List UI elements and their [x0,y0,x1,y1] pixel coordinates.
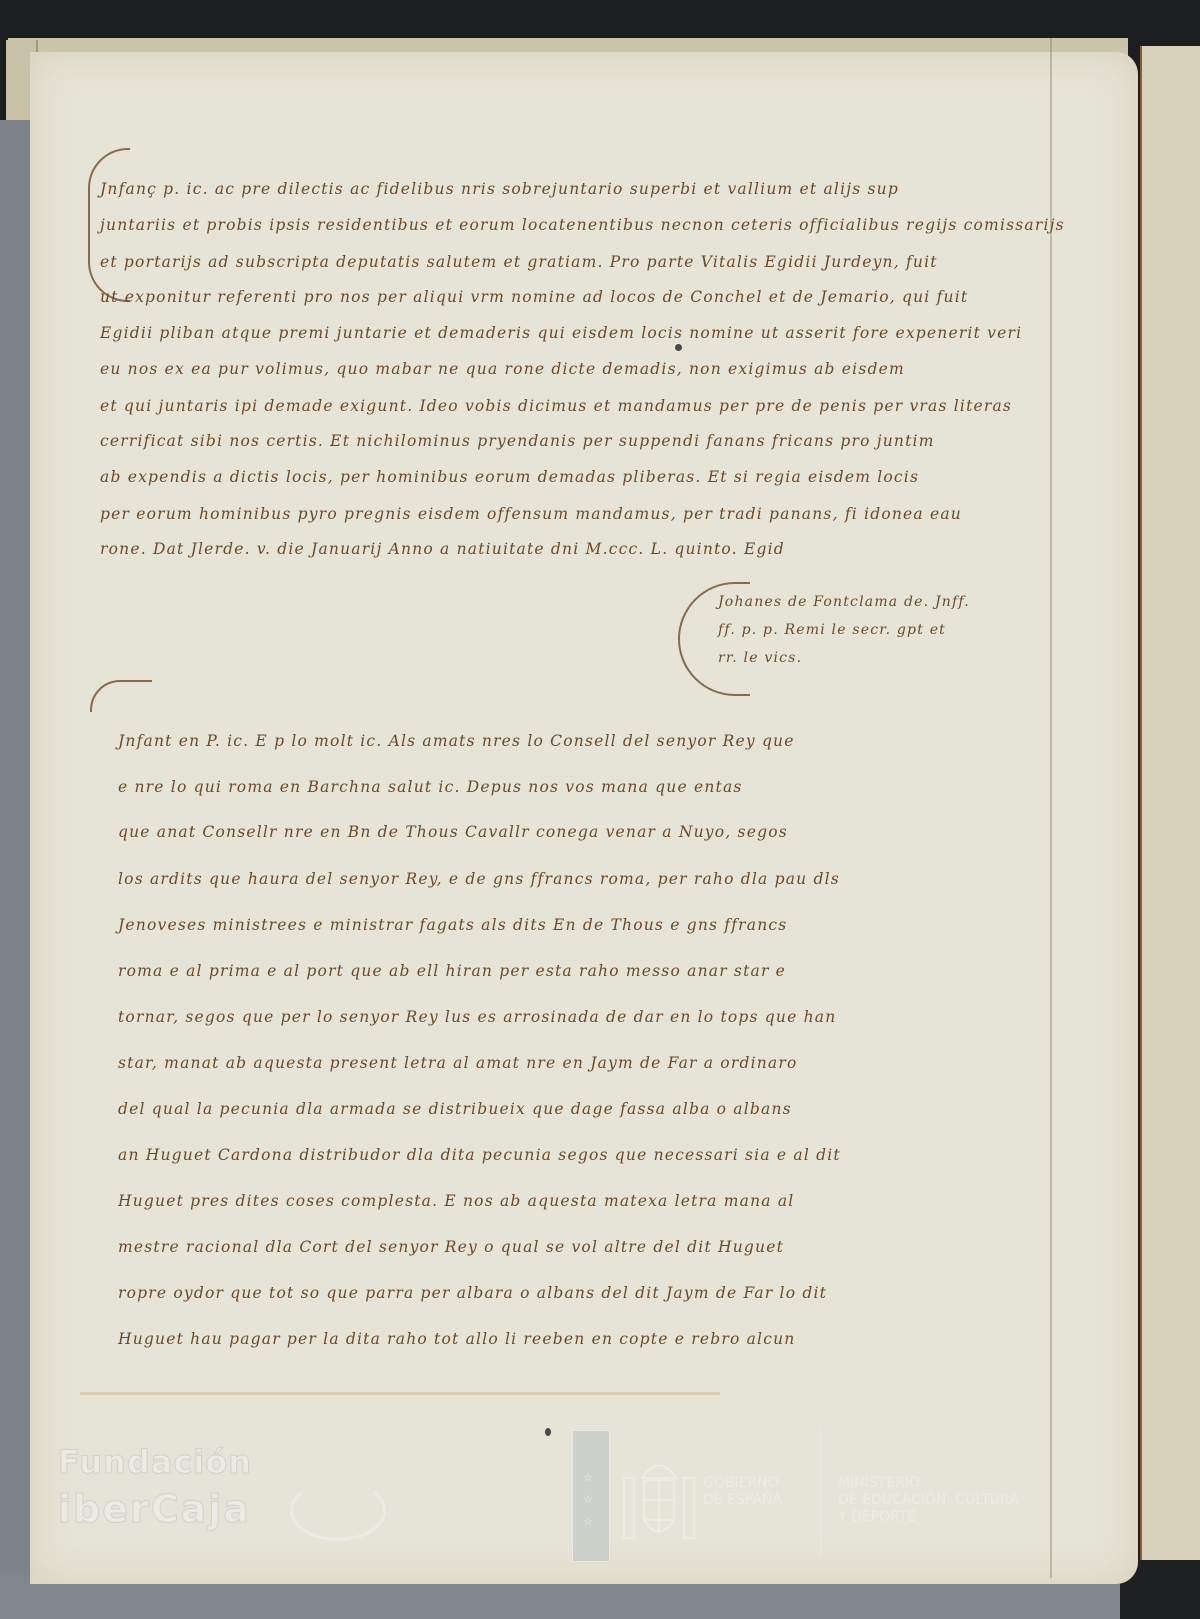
spain-coat-of-arms-icon [620,1448,698,1548]
section-2-line: los ardits que haura del senyor Rey, e d… [118,870,840,888]
section-2-line: an Huguet Cardona distribudor dla dita p… [118,1146,841,1164]
section-1-line: ut exponitur referenti pro nos per aliqu… [100,288,968,306]
fundacion-ibercaja-logo-line2: iberCaja [58,1487,251,1531]
section-2-line: star, manat ab aquesta present letra al … [118,1054,798,1072]
fundacion-ibercaja-logo-line1: Fundación [58,1443,252,1481]
water-stain [80,1392,720,1395]
section-2-line: e nre lo qui roma en Barchna salut ic. D… [118,778,743,796]
logo-divider [820,1428,821,1558]
section-2-line: mestre racional dla Cort del senyor Rey … [118,1238,784,1256]
ink-spot [545,1428,551,1436]
section-2-line: ropre oydor que tot so que parra per alb… [118,1284,827,1302]
section-1-line: et portarijs ad subscripta deputatis sal… [100,253,938,271]
gobierno-line1: GOBIERNO [703,1475,782,1492]
gobierno-line2: DE ESPAÑA [703,1492,782,1509]
eu-flag-icon: ☆ ☆ ☆ [572,1430,610,1562]
section-1-line: rone. Dat Jlerde. v. die Januarij Anno a… [100,540,785,558]
signature-line: Johanes de Fontclama de. Jnff. [718,594,970,610]
opening-flourish-2 [90,680,152,712]
section-1-line: ab expendis a dictis locis, per hominibu… [100,468,919,486]
section-2-line: Jnfant en P. ic. E p lo molt ic. Als ama… [118,732,795,750]
section-2-line: que anat Consellr nre en Bn de Thous Cav… [118,823,788,841]
page-fold-crease [1050,38,1052,1578]
star-icon: ☆ [583,1515,593,1528]
ministerio-line1: MINISTERIO [838,1475,1019,1492]
section-1-line: Jnfanç p. ic. ac pre dilectis ac fidelib… [100,180,899,198]
adjacent-page [1140,46,1200,1566]
star-icon: ☆ [583,1471,593,1484]
section-2-line: roma e al prima e al port que ab ell hir… [118,962,786,980]
ink-spot [675,344,682,351]
ministerio-line2: DE EDUCACIÓN, CULTURA [838,1492,1019,1509]
section-1-line: per eorum hominibus pyro pregnis eisdem … [100,505,962,523]
signature-line: rr. le vics. [718,650,802,666]
section-1-line: et qui juntaris ipi demade exigunt. Ideo… [100,397,1012,415]
section-2-line: Huguet pres dites coses complesta. E nos… [118,1192,794,1210]
ministerio-line3: Y DEPORTE [838,1509,1019,1526]
section-1-line: Egidii pliban atque premi juntarie et de… [100,324,1022,342]
gobierno-de-espana-label: GOBIERNO DE ESPAÑA [703,1475,782,1509]
section-2-line: Huguet hau pagar per la dita raho tot al… [118,1330,795,1348]
manuscript-page: Jnfanç p. ic. ac pre dilectis ac fidelib… [30,52,1138,1584]
ministerio-label: MINISTERIO DE EDUCACIÓN, CULTURA Y DEPOR… [838,1475,1019,1526]
section-1-line: eu nos ex ea pur volimus, quo mabar ne q… [100,360,905,378]
section-1-line: cerrificat sibi nos certis. Et nichilomi… [100,432,935,450]
section-1-line: juntariis et probis ipsis residentibus e… [100,216,1065,234]
star-icon: ☆ [583,1493,593,1506]
section-2-line: del qual la pecunia dla armada se distri… [118,1100,792,1118]
section-2-line: Jenoveses ministrees e ministrar fagats … [118,916,787,934]
ibercaja-swoosh-icon [290,1480,386,1541]
signature-line: ff. p. p. Remi le secr. gpt et [718,622,946,638]
section-2-line: tornar, segos que per lo senyor Rey lus … [118,1008,836,1026]
